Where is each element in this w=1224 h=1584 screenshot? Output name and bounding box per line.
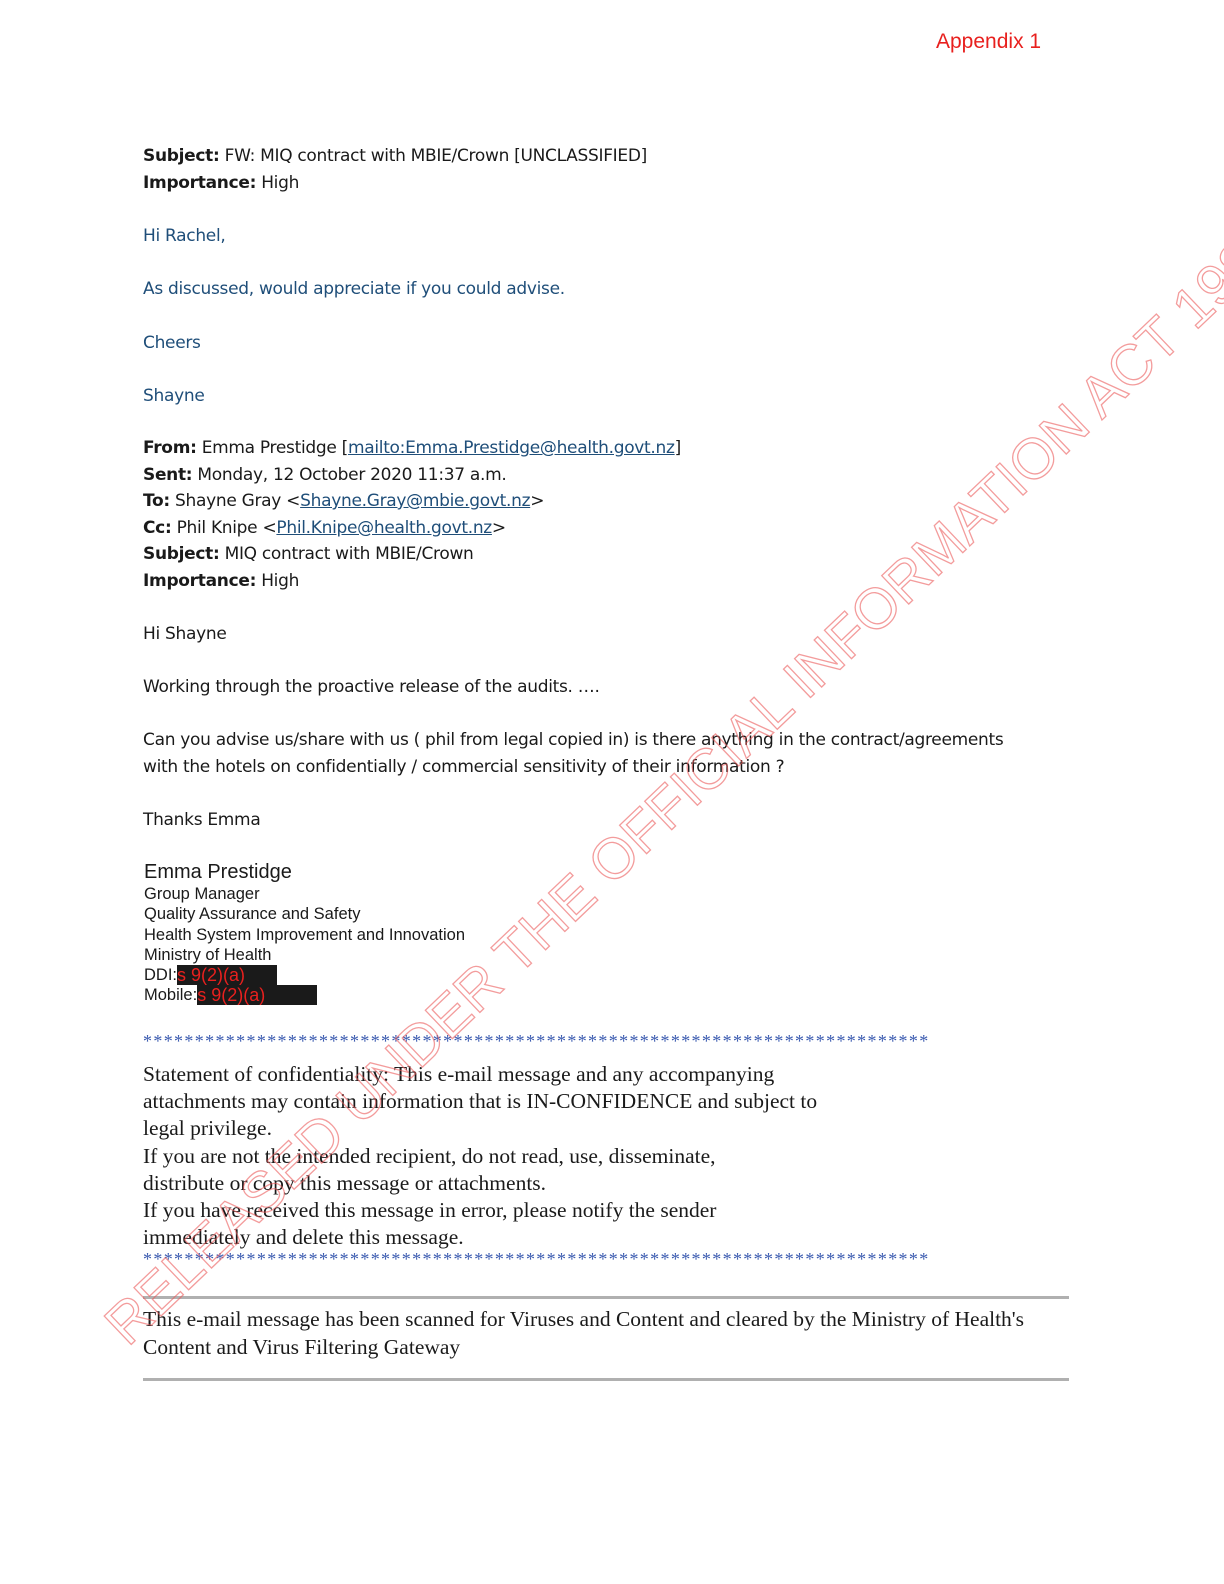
confidentiality-statement: Statement of confidentiality: This e-mai… [143, 1061, 817, 1251]
original-importance-value: High [261, 571, 299, 591]
ddi-redaction: s 9(2)(a) [177, 965, 277, 985]
from-email-link[interactable]: mailto:Emma.Prestidge@health.govt.nz [348, 438, 675, 458]
original-importance-row: Importance: High [143, 568, 681, 595]
forward-closing: Cheers [143, 330, 565, 357]
forward-importance-value: High [261, 173, 299, 193]
stars-divider-top: ****************************************… [143, 1031, 930, 1052]
from-row: From: Emma Prestidge [mailto:Emma.Presti… [143, 435, 681, 462]
sent-label: Sent: [143, 465, 192, 485]
forward-sender: Shayne [143, 383, 565, 410]
stars-divider-bottom: ****************************************… [143, 1249, 930, 1270]
confidentiality-line: attachments may contain information that… [143, 1088, 817, 1115]
signature-block: Emma Prestidge Group Manager Quality Ass… [144, 860, 465, 1006]
original-signoff: Thanks Emma [143, 807, 1003, 834]
original-paragraph-2-line-2: with the hotels on confidentially / comm… [143, 754, 1003, 781]
original-paragraph-2-line-1: Can you advise us/share with us ( phil f… [143, 727, 1003, 754]
confidentiality-line: Statement of confidentiality: This e-mai… [143, 1061, 817, 1088]
mobile-redaction: s 9(2)(a) [197, 985, 317, 1005]
confidentiality-line: legal privilege. [143, 1115, 817, 1142]
signature-mobile-row: Mobile:s 9(2)(a) [144, 985, 465, 1005]
mobile-label: Mobile: [144, 986, 197, 1004]
original-subject-row: Subject: MIQ contract with MBIE/Crown [143, 541, 681, 568]
from-name: Emma Prestidge [202, 438, 337, 458]
confidentiality-line: distribute or copy this message or attac… [143, 1170, 817, 1197]
original-subject-value: MIQ contract with MBIE/Crown [225, 544, 474, 564]
confidentiality-line: If you have received this message in err… [143, 1197, 817, 1224]
original-email-body: Hi Shayne Working through the proactive … [143, 621, 1003, 833]
signature-ddi-row: DDI:s 9(2)(a) [144, 965, 465, 985]
scan-notice: This e-mail message has been scanned for… [143, 1306, 1073, 1361]
from-label: From: [143, 438, 197, 458]
sent-value: Monday, 12 October 2020 11:37 a.m. [197, 465, 506, 485]
scan-notice-bottom-rule [143, 1378, 1069, 1381]
scan-notice-top-rule [143, 1296, 1069, 1299]
to-label: To: [143, 491, 170, 511]
cc-label: Cc: [143, 518, 171, 538]
cc-name: Phil Knipe [177, 518, 258, 538]
confidentiality-line: immediately and delete this message. [143, 1224, 817, 1251]
ddi-label: DDI: [144, 966, 177, 984]
original-importance-label: Importance: [143, 571, 256, 591]
cc-row: Cc: Phil Knipe <Phil.Knipe@health.govt.n… [143, 515, 681, 542]
signature-name: Emma Prestidge [144, 860, 465, 884]
forward-subject-label: Subject: [143, 146, 219, 166]
original-greeting: Hi Shayne [143, 621, 1003, 648]
original-subject-label: Subject: [143, 544, 219, 564]
signature-organisation: Ministry of Health [144, 945, 465, 965]
forward-subject-value: FW: MIQ contract with MBIE/Crown [UNCLAS… [225, 146, 647, 166]
signature-title: Group Manager [144, 884, 465, 904]
forward-importance-label: Importance: [143, 173, 256, 193]
forward-message: As discussed, would appreciate if you co… [143, 276, 565, 303]
confidentiality-line: If you are not the intended recipient, d… [143, 1143, 817, 1170]
signature-team: Quality Assurance and Safety [144, 904, 465, 924]
signature-division: Health System Improvement and Innovation [144, 925, 465, 945]
original-paragraph-1: Working through the proactive release of… [143, 674, 1003, 701]
sent-row: Sent: Monday, 12 October 2020 11:37 a.m. [143, 462, 681, 489]
forward-email-body: Hi Rachel, As discussed, would appreciat… [143, 223, 565, 410]
forward-email-header: Subject: FW: MIQ contract with MBIE/Crow… [143, 143, 647, 196]
appendix-label: Appendix 1 [936, 30, 1041, 54]
original-email-header: From: Emma Prestidge [mailto:Emma.Presti… [143, 435, 681, 594]
cc-email-link[interactable]: Phil.Knipe@health.govt.nz [276, 518, 492, 538]
forward-greeting: Hi Rachel, [143, 223, 565, 250]
forward-subject-row: Subject: FW: MIQ contract with MBIE/Crow… [143, 143, 647, 170]
forward-importance-row: Importance: High [143, 170, 647, 197]
to-email-link[interactable]: Shayne.Gray@mbie.govt.nz [300, 491, 530, 511]
to-row: To: Shayne Gray <Shayne.Gray@mbie.govt.n… [143, 488, 681, 515]
to-name: Shayne Gray [175, 491, 281, 511]
